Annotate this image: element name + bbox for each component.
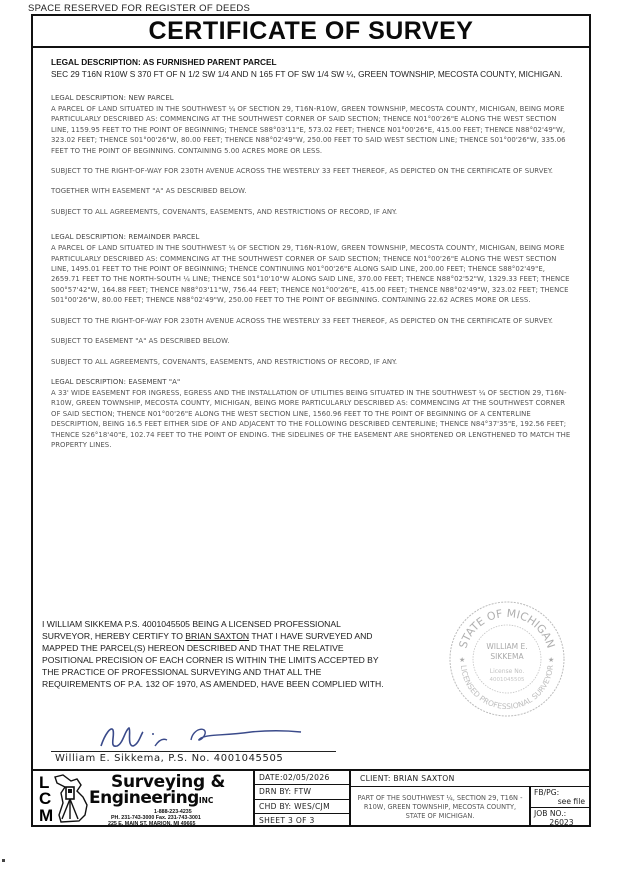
company-logo: L C M Surveying & EngineeringINC 1-888-2… xyxy=(33,771,255,827)
parent-parcel-text: SEC 29 T16N R10W S 370 FT OF N 1/2 SW 1/… xyxy=(51,69,571,79)
easement-heading: LEGAL DESCRIPTION: EASEMENT "A" xyxy=(51,378,571,386)
certificate-sheet: CERTIFICATE OF SURVEY LEGAL DESCRIPTION:… xyxy=(31,14,591,827)
surveyor-certification: I WILLIAM SIKKEMA P.S. 4001045505 BEING … xyxy=(42,619,392,690)
signature-scribble xyxy=(51,716,341,754)
drawing-info: DATE:02/05/2026 DRN BY: FTW CHD BY: WES/… xyxy=(255,771,351,827)
surveyor-name: William E. Sikkema, P.S. No. 4001045505 xyxy=(55,753,283,764)
title-block: L C M Surveying & EngineeringINC 1-888-2… xyxy=(33,769,589,827)
register-of-deeds-label: SPACE RESERVED FOR REGISTER OF DEEDS xyxy=(28,3,250,14)
remainder-parcel-note: SUBJECT TO EASEMENT "A" AS DESCRIBED BEL… xyxy=(51,336,571,346)
remainder-parcel-heading: LEGAL DESCRIPTION: REMAINDER PARCEL xyxy=(51,233,571,241)
certified-client: BRIAN SAXTON xyxy=(185,631,249,641)
parent-parcel-heading: LEGAL DESCRIPTION: AS FURNISHED PARENT P… xyxy=(51,57,571,67)
company-name-line2: EngineeringINC xyxy=(89,788,213,808)
new-parcel-note: TOGETHER WITH EASEMENT "A" AS DESCRIBED … xyxy=(51,186,571,196)
remainder-parcel-note: SUBJECT TO ALL AGREEMENTS, COVENANTS, EA… xyxy=(51,357,571,367)
drawn-by: DRN BY: FTW xyxy=(255,785,349,799)
remainder-parcel-text: A PARCEL OF LAND SITUATED IN THE SOUTHWE… xyxy=(51,243,571,305)
title-band: CERTIFICATE OF SURVEY xyxy=(33,16,589,48)
svg-text:4001045505: 4001045505 xyxy=(490,677,525,683)
company-address: 225 E. MAIN ST. MARION, MI 49665 xyxy=(108,821,195,827)
svg-text:★: ★ xyxy=(459,656,465,664)
job-number: JOB NO.:26023 xyxy=(531,808,589,828)
svg-text:WILLIAM E.: WILLIAM E. xyxy=(486,642,527,651)
client-name: CLIENT: BRIAN SAXTON xyxy=(351,771,589,787)
new-parcel-text: A PARCEL OF LAND SITUATED IN THE SOUTHWE… xyxy=(51,104,571,156)
checked-by: CHD BY: WES/CJM xyxy=(255,800,349,814)
remainder-parcel-note: SUBJECT TO THE RIGHT-OF-WAY FOR 230TH AV… xyxy=(51,316,571,326)
surveyor-seal-stamp: STATE OF MICHIGAN LICENSED PROFESSIONAL … xyxy=(447,599,567,719)
svg-text:License No.: License No. xyxy=(490,668,525,675)
drawing-date: DATE:02/05/2026 xyxy=(255,771,349,785)
svg-text:SIKKEMA: SIKKEMA xyxy=(490,652,524,661)
scan-mark xyxy=(2,859,5,862)
project-info: CLIENT: BRIAN SAXTON PART OF THE SOUTHWE… xyxy=(351,771,589,827)
legal-descriptions: LEGAL DESCRIPTION: AS FURNISHED PARENT P… xyxy=(33,48,589,450)
svg-text:★: ★ xyxy=(548,656,554,664)
new-parcel-note: SUBJECT TO THE RIGHT-OF-WAY FOR 230TH AV… xyxy=(51,166,571,176)
property-location: PART OF THE SOUTHWEST ¼, SECTION 29, T16… xyxy=(351,787,531,827)
page-title: CERTIFICATE OF SURVEY xyxy=(149,17,474,46)
field-book-page: FB/PG:see file xyxy=(531,787,589,808)
sheet-number: SHEET 3 OF 3 xyxy=(255,814,349,827)
new-parcel-note: SUBJECT TO ALL AGREEMENTS, COVENANTS, EA… xyxy=(51,207,571,217)
easement-text: A 33' WIDE EASEMENT FOR INGRESS, EGRESS … xyxy=(51,388,571,450)
new-parcel-heading: LEGAL DESCRIPTION: NEW PARCEL xyxy=(51,94,571,102)
signature-line xyxy=(51,751,336,752)
